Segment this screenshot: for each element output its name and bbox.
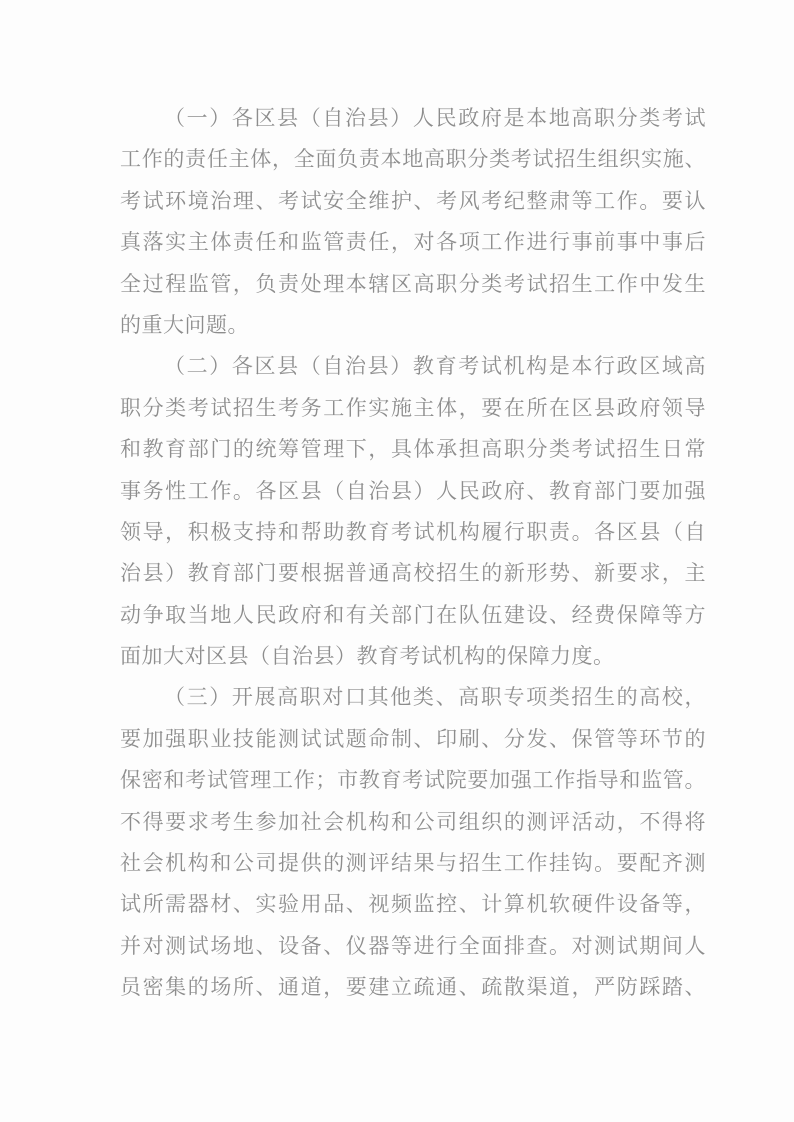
paragraph-2: （二）各区县（自治县）教育考试机构是本行政区域高 职分类考试招生考务工作实施主体… xyxy=(120,346,706,677)
text-line: 试所需器材、实验用品、视频监控、计算机软硬件设备等， xyxy=(120,884,706,925)
text-line: 面加大对区县（自治县）教育考试机构的保障力度。 xyxy=(120,636,706,677)
text-line: 并对测试场地、设备、仪器等进行全面排查。对测试期间人 xyxy=(120,926,706,967)
text-line: 社会机构和公司提供的测评结果与招生工作挂钩。要配齐测 xyxy=(120,843,706,884)
text-line: 职分类考试招生考务工作实施主体，要在所在区县政府领导 xyxy=(120,388,706,429)
text-line: 员密集的场所、通道，要建立疏通、疏散渠道，严防踩踏、 xyxy=(120,967,706,1008)
text-line: 工作的责任主体，全面负责本地高职分类考试招生组织实施、 xyxy=(120,139,706,180)
text-line: 不得要求考生参加社会机构和公司组织的测评活动，不得将 xyxy=(120,802,706,843)
text-line: 考试环境治理、考试安全维护、考风考纪整肃等工作。要认 xyxy=(120,181,706,222)
text-line: （三）开展高职对口其他类、高职专项类招生的高校， xyxy=(120,677,706,718)
text-line: 治县）教育部门要根据普通高校招生的新形势、新要求，主 xyxy=(120,553,706,594)
text-line: 领导，积极支持和帮助教育考试机构履行职责。各区县（自 xyxy=(120,512,706,553)
text-line: 要加强职业技能测试试题命制、印刷、分发、保管等环节的 xyxy=(120,719,706,760)
document-page: （一）各区县（自治县）人民政府是本地高职分类考试 工作的责任主体，全面负责本地高… xyxy=(0,0,794,1122)
text-line: 事务性工作。各区县（自治县）人民政府、教育部门要加强 xyxy=(120,471,706,512)
paragraph-1: （一）各区县（自治县）人民政府是本地高职分类考试 工作的责任主体，全面负责本地高… xyxy=(120,98,706,346)
text-line: 和教育部门的统筹管理下，具体承担高职分类考试招生日常 xyxy=(120,429,706,470)
text-line: （一）各区县（自治县）人民政府是本地高职分类考试 xyxy=(120,98,706,139)
text-line: （二）各区县（自治县）教育考试机构是本行政区域高 xyxy=(120,346,706,387)
text-line: 全过程监管，负责处理本辖区高职分类考试招生工作中发生 xyxy=(120,264,706,305)
document-text-block: （一）各区县（自治县）人民政府是本地高职分类考试 工作的责任主体，全面负责本地高… xyxy=(120,98,706,1009)
paragraph-3: （三）开展高职对口其他类、高职专项类招生的高校， 要加强职业技能测试试题命制、印… xyxy=(120,677,706,1008)
text-line: 保密和考试管理工作；市教育考试院要加强工作指导和监管。 xyxy=(120,760,706,801)
text-line: 的重大问题。 xyxy=(120,305,706,346)
text-line: 动争取当地人民政府和有关部门在队伍建设、经费保障等方 xyxy=(120,595,706,636)
text-line: 真落实主体责任和监管责任，对各项工作进行事前事中事后 xyxy=(120,222,706,263)
